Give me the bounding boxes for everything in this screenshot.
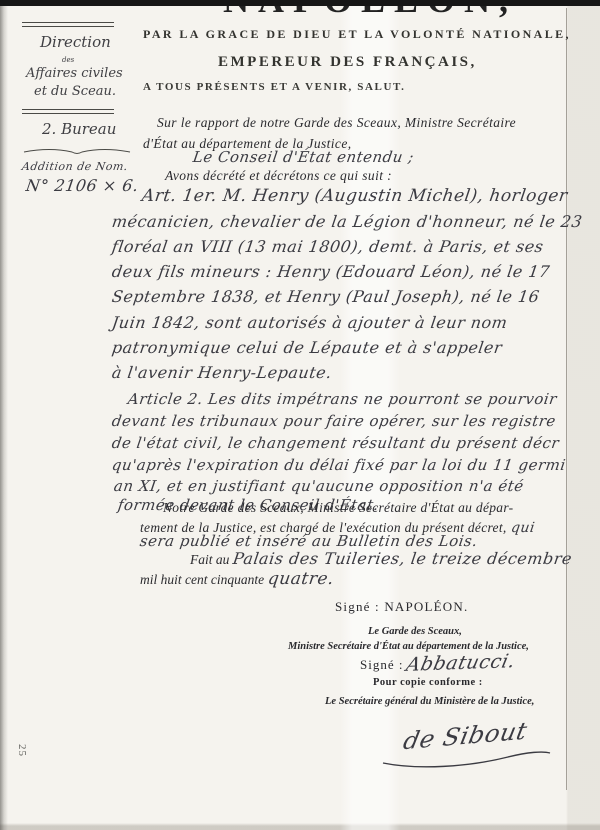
signature-abbatucci-line: Signé : Abbatucci. <box>360 652 515 674</box>
preamble-conseil-hand: Le Conseil d'État entendu ; <box>192 148 415 166</box>
signature-signe-label: Signé : <box>360 657 403 672</box>
closing-fait-hand: Palais des Tuileries, le treize décembre <box>232 549 574 568</box>
preamble-avons-line: Avons décrété et décrétons ce qui suit : <box>165 168 392 184</box>
page-right-crease <box>566 8 567 790</box>
article2-line: Article 2. Les dits impétrans ne pourron… <box>127 390 558 408</box>
article1-line: Septembre 1838, et Henry (Paul Joseph), … <box>111 287 541 306</box>
closing-date-line: mil huit cent cinquante quatre. <box>140 569 334 589</box>
closing-notre-line2-hand: qui <box>509 520 535 536</box>
signature-napoleon: Signé : NAPOLÉON. <box>335 599 468 615</box>
margin-dossier-number: N° 2106 × 6. <box>25 176 140 195</box>
margin-des: des <box>62 56 74 64</box>
header-salut-line: A TOUS PRÉSENTS ET A VENIR, SALUT. <box>143 81 405 93</box>
closing-mil-hand: quatre. <box>267 569 336 589</box>
margin-rule-top <box>22 22 114 27</box>
article2-line: an XI, et en justifiant qu'aucune opposi… <box>113 477 525 495</box>
copy-conform-label: Pour copie conforme : <box>373 677 483 688</box>
article1-line: floréal an VIII (13 mai 1800), demt. à P… <box>111 237 545 256</box>
preamble-rapport-line1: Sur le rapport de notre Garde des Sceaux… <box>157 115 516 131</box>
article2-line: qu'après l'expiration du délai fixé par … <box>111 456 567 474</box>
signature-garde-title: Le Garde des Sceaux, <box>368 626 462 637</box>
margin-sceau: et du Sceau. <box>34 84 116 99</box>
article1-line: mécanicien, chevalier de la Légion d'hon… <box>111 212 584 231</box>
article2-line: de l'état civil, le changement résultant… <box>111 434 561 452</box>
article1-line: patronymique celui de Lépaute et à s'app… <box>111 338 504 357</box>
final-signature-flourish <box>378 745 553 770</box>
closing-mil-print: mil huit cent cinquante <box>140 572 264 587</box>
header-empereur-line: EMPEREUR DES FRANÇAIS, <box>218 54 477 71</box>
margin-affaires: Affaires civiles <box>26 66 123 81</box>
margin-bureau: 2. Bureau <box>42 120 116 138</box>
bureau-flourish <box>22 146 132 158</box>
margin-direction: Direction <box>40 33 111 51</box>
article2-line: devant les tribunaux pour faire opérer, … <box>111 412 557 430</box>
document-title-cropped: NAPOLÉON, <box>190 6 550 19</box>
margin-rule-bottom <box>22 109 114 114</box>
closing-notre-line1: Notre Garde des Sceaux, Ministre Secréta… <box>163 500 513 516</box>
margin-addition-note: Addition de Nom. <box>21 160 129 173</box>
article1-line: Juin 1842, sont autorisés à ajouter à le… <box>111 313 509 332</box>
article1-line: à l'avenir Henry-Lepaute. <box>111 363 333 382</box>
article1-line: Art. 1er. M. Henry (Augustin Michel), ho… <box>141 186 569 206</box>
abbatucci-signature: Abbatucci. <box>405 650 518 676</box>
closing-fait-print: Fait au <box>190 552 229 567</box>
article1-line: deux fils mineurs : Henry (Edouard Léon)… <box>111 262 551 281</box>
secretary-general-title: Le Secrétaire général du Ministère de la… <box>325 696 534 707</box>
title-text: NAPOLÉON, <box>190 6 550 19</box>
header-grace-line: PAR LA GRACE DE DIEU ET LA VOLONTÉ NATIO… <box>143 27 571 42</box>
sheet-number-rotated: 25 <box>16 744 28 757</box>
closing-fait-line: Fait au Palais des Tuileries, le treize … <box>190 549 572 569</box>
decree-document-page: NAPOLÉON, PAR LA GRACE DE DIEU ET LA VOL… <box>0 0 600 830</box>
closing-bulletin-hand: sera publié et inséré au Bulletin des Lo… <box>139 532 479 550</box>
